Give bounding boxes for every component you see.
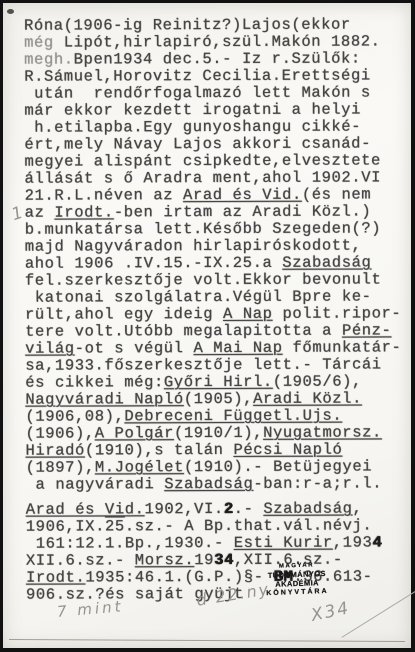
typed-text-block: Róna(1906-ig Reinitz?)Lajos(ekkormég Lip… (24, 16, 411, 603)
pencil-margin-mark: 1 (9, 203, 25, 225)
ink-blot (7, 9, 14, 14)
typed-line: Irodt.1935:46.1.(G.P.)§- BM.36.613- (26, 568, 411, 586)
typed-line: a nagyváradi Szabadság-ban:r-a;r.l. (26, 475, 411, 493)
scanned-card-photo: Róna(1906-ig Reinitz?)Lajos(ekkormég Lip… (0, 0, 415, 652)
typed-line: Nagyváradi Napló(1905),Aradi Közl. (25, 390, 410, 408)
typed-line: (1906),A Polgár(1910/1),Nyugatmorsz. (25, 424, 410, 442)
index-card-paper: Róna(1906-ig Reinitz?)Lajos(ekkormég Lip… (3, 3, 411, 648)
card-bottom-edge (9, 639, 405, 642)
typed-line: 161:12.1.Bp.,1930.- Esti Kurir,1934 (26, 534, 411, 552)
